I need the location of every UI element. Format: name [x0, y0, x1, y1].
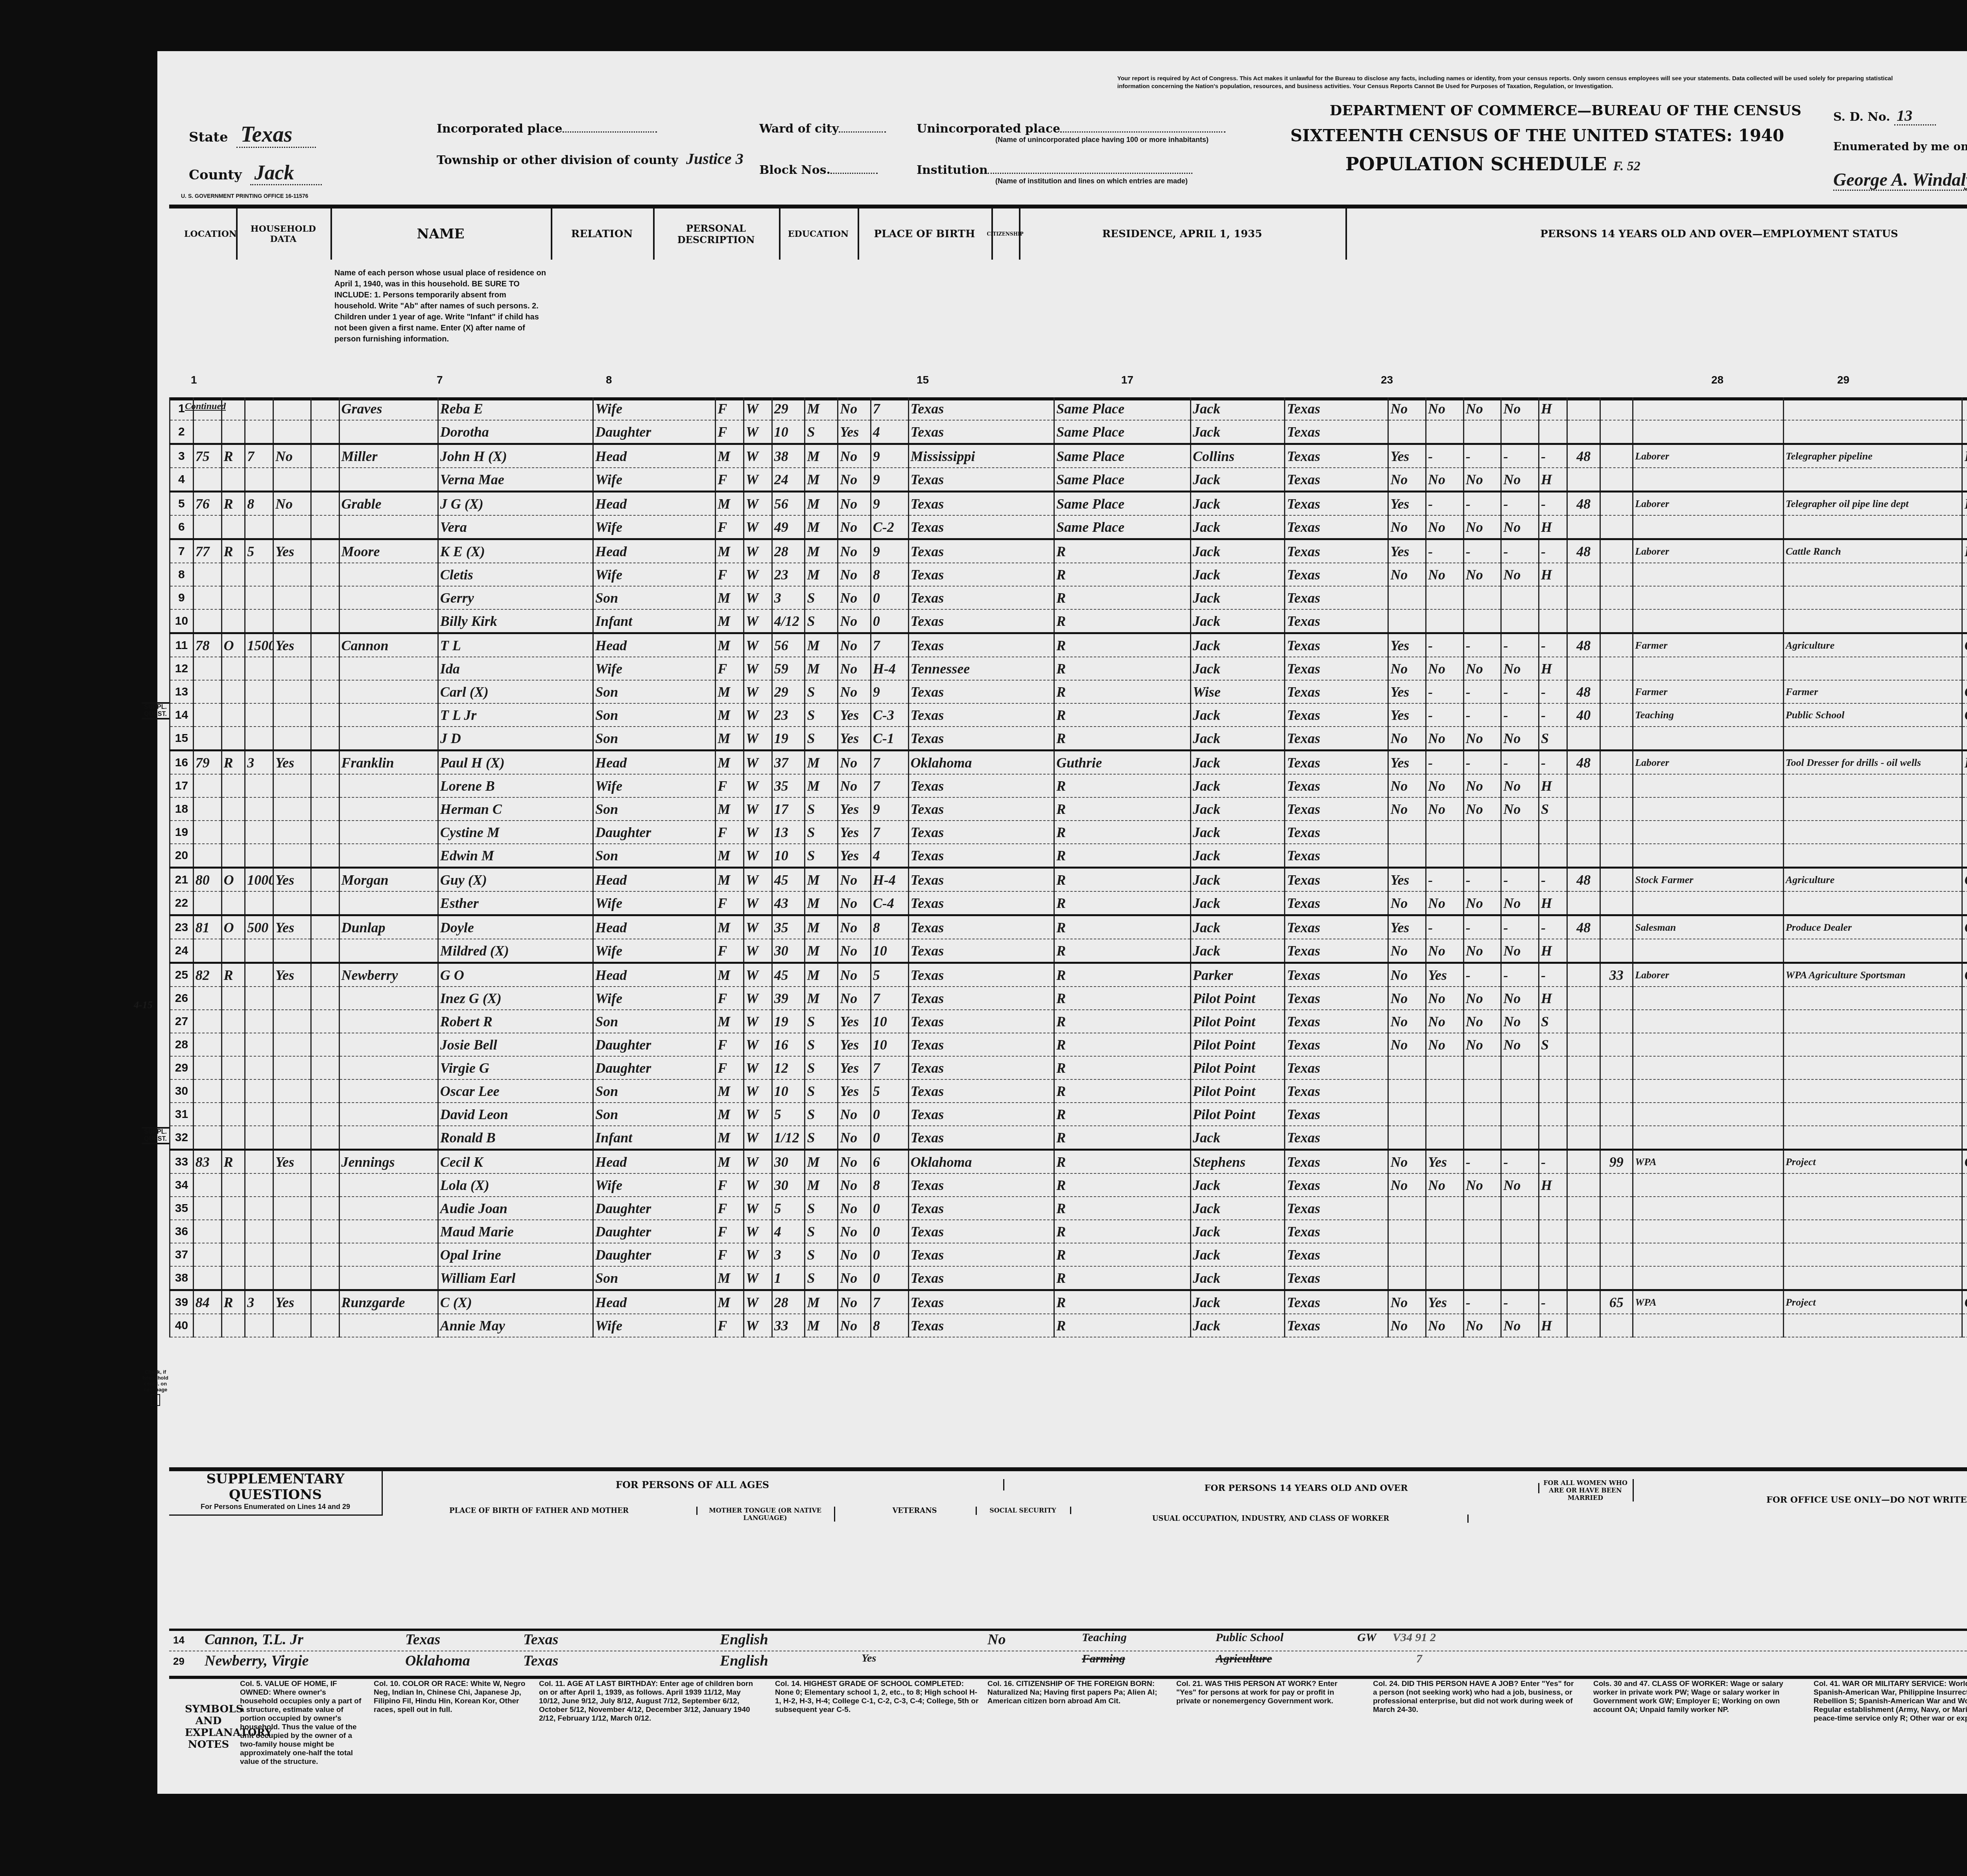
table-row: 19Cystine MDaughterFW13SYes7TexasRJackTe… — [170, 821, 1967, 844]
table-row: 576R8NoGrableJ G (X)HeadMW56MNo9TexasSam… — [170, 492, 1967, 516]
notes-title: SYMBOLS AND EXPLANATORY NOTES — [185, 1703, 232, 1751]
cell-value — [245, 1033, 273, 1056]
cell-class — [1962, 1010, 1967, 1033]
cell-occupation — [1633, 821, 1784, 844]
cell-occ-code: - — [1539, 680, 1567, 703]
checkbox[interactable] — [151, 1394, 160, 1406]
cell-visit — [193, 609, 221, 633]
cell-occupation — [1633, 1220, 1784, 1243]
cell-occupation — [1633, 1243, 1784, 1266]
cell-marital: M — [805, 939, 838, 963]
cell-res-state: Texas — [1285, 1197, 1388, 1220]
cell-school: No — [838, 963, 871, 987]
cell-age: 43 — [772, 891, 805, 915]
cell-emerg: - — [1426, 703, 1464, 727]
cell-race: W — [744, 586, 772, 609]
table-row: 20Edwin MSonMW10SYes4TexasRJackTexas20 — [170, 844, 1967, 868]
cell-sex: F — [716, 468, 744, 492]
cell-res-city: R — [1054, 987, 1191, 1010]
cell-class: OA — [1962, 633, 1967, 657]
cell-sex: M — [716, 703, 744, 727]
cell-value: 8 — [245, 492, 273, 516]
cell-birth: Texas — [908, 703, 1054, 727]
cell-seek: No — [1463, 1010, 1501, 1033]
cell-emerg — [1426, 609, 1464, 633]
cell-weeks — [1600, 680, 1633, 703]
cell-line: 36 — [170, 1220, 194, 1243]
cell-res-county: Pilot Point — [1191, 1079, 1285, 1103]
cell-birth: Texas — [908, 1056, 1054, 1079]
cell-farm — [273, 891, 311, 915]
cell-given: Cystine M — [438, 821, 593, 844]
cell-given: Lola (X) — [438, 1173, 593, 1197]
cell-given: Virgie G — [438, 1056, 593, 1079]
cell-farm — [273, 420, 311, 444]
table-row: 2180O1000YesMorganGuy (X)HeadMW45MNoH-4T… — [170, 868, 1967, 892]
cell-value — [245, 1314, 273, 1337]
cell-relation: Wife — [593, 774, 716, 797]
cell-birth: Texas — [908, 1173, 1054, 1197]
cell-seek — [1463, 586, 1501, 609]
cell-work: Yes — [1388, 915, 1426, 939]
cell-farm: Yes — [273, 751, 311, 775]
cell-emerg: No — [1426, 797, 1464, 821]
cell-value — [245, 420, 273, 444]
cell-hours: 48 — [1567, 539, 1600, 563]
cell-race: W — [744, 397, 772, 420]
cell-farm: Yes — [273, 868, 311, 892]
cell-seek: No — [1463, 657, 1501, 680]
cell-visit — [193, 1010, 221, 1033]
cell-grade: 8 — [871, 563, 908, 586]
cell-res-city: R — [1054, 1079, 1191, 1103]
explanatory-notes: SYMBOLS AND EXPLANATORY NOTES Col. 5. VA… — [169, 1680, 1967, 1782]
cell-age: 28 — [772, 1290, 805, 1314]
cell-marital: S — [805, 1033, 838, 1056]
cell-house — [311, 586, 339, 609]
cell-owned — [221, 1126, 245, 1150]
cell-seek: - — [1463, 539, 1501, 563]
cell-res-city: R — [1054, 563, 1191, 586]
cell-work: No — [1388, 1290, 1426, 1314]
cell-grade: C-2 — [871, 515, 908, 539]
cell-emerg: Yes — [1426, 1290, 1464, 1314]
cell-emerg: - — [1426, 492, 1464, 516]
cell-given: Robert R — [438, 1010, 593, 1033]
cell-industry — [1783, 397, 1962, 420]
cell-race: W — [744, 915, 772, 939]
cell-industry — [1783, 1033, 1962, 1056]
cell-work — [1388, 609, 1426, 633]
cell-birth: Texas — [908, 1197, 1054, 1220]
cell-race: W — [744, 844, 772, 868]
cell-sex: M — [716, 727, 744, 751]
cell-surname — [339, 1056, 438, 1079]
cell-birth: Texas — [908, 797, 1054, 821]
cell-seek: - — [1463, 703, 1501, 727]
cell-job: No — [1501, 891, 1539, 915]
sd-number-field: S. D. No. 13 — [1833, 106, 1936, 125]
cell-res-state: Texas — [1285, 492, 1388, 516]
cell-job — [1501, 1056, 1539, 1079]
cell-work: No — [1388, 774, 1426, 797]
cell-occupation — [1633, 397, 1784, 420]
note-col21: Col. 21. WAS THIS PERSON AT WORK? Enter … — [1176, 1680, 1357, 1706]
cell-given: Herman C — [438, 797, 593, 821]
cell-relation: Head — [593, 915, 716, 939]
cell-race: W — [744, 1173, 772, 1197]
cell-race: W — [744, 751, 772, 775]
note-col14: Col. 14. HIGHEST GRADE OF SCHOOL COMPLET… — [775, 1680, 980, 1714]
cell-work: No — [1388, 1010, 1426, 1033]
cell-relation: Daughter — [593, 1220, 716, 1243]
note-col5: Col. 5. VALUE OF HOME, IF OWNED: Where o… — [240, 1680, 366, 1766]
cell-grade: 7 — [871, 751, 908, 775]
cell-relation: Head — [593, 868, 716, 892]
cell-visit — [193, 563, 221, 586]
cell-line: 22 — [170, 891, 194, 915]
cell-work — [1388, 1079, 1426, 1103]
cell-occ-code: S — [1539, 727, 1567, 751]
cell-weeks — [1600, 609, 1633, 633]
cell-age: 59 — [772, 657, 805, 680]
table-row: 29Virgie GDaughterFW12SYes7TexasRPilot P… — [170, 1056, 1967, 1079]
cell-weeks — [1600, 987, 1633, 1010]
cell-job: - — [1501, 751, 1539, 775]
cell-res-city: R — [1054, 1103, 1191, 1126]
cell-res-state: Texas — [1285, 420, 1388, 444]
unincorporated-field: Unincorporated place (Name of unincorpor… — [917, 122, 1225, 144]
note-col16: Col. 16. CITIZENSHIP OF THE FOREIGN BORN… — [987, 1680, 1161, 1706]
cell-res-county: Jack — [1191, 515, 1285, 539]
cell-house — [311, 915, 339, 939]
cell-value — [245, 821, 273, 844]
cell-grade: 0 — [871, 609, 908, 633]
cell-birth: Texas — [908, 939, 1054, 963]
note-col10: Col. 10. COLOR OR RACE: White W, Negro N… — [374, 1680, 531, 1714]
cell-given: Dorotha — [438, 420, 593, 444]
cell-line: 11 — [170, 633, 194, 657]
cell-sex: F — [716, 397, 744, 420]
cell-seek: - — [1463, 915, 1501, 939]
cell-industry — [1783, 1220, 1962, 1243]
cell-res-city: R — [1054, 680, 1191, 703]
cell-emerg: No — [1426, 515, 1464, 539]
table-row: 14T L JrSonMW23SYesC-3TexasRJackTexasYes… — [170, 703, 1967, 727]
cell-seek: - — [1463, 680, 1501, 703]
cell-res-city: R — [1054, 963, 1191, 987]
cell-occupation — [1633, 420, 1784, 444]
cell-seek — [1463, 1243, 1501, 1266]
cell-work: No — [1388, 797, 1426, 821]
cell-race: W — [744, 1290, 772, 1314]
cell-res-city: R — [1054, 1266, 1191, 1290]
cell-value — [245, 774, 273, 797]
cell-work — [1388, 844, 1426, 868]
cell-race: W — [744, 797, 772, 821]
cell-occ-code: - — [1539, 1150, 1567, 1174]
cell-relation: Son — [593, 1079, 716, 1103]
cell-farm — [273, 1033, 311, 1056]
cell-res-state: Texas — [1285, 868, 1388, 892]
cell-house — [311, 1314, 339, 1337]
cell-res-city: R — [1054, 1150, 1191, 1174]
cell-farm — [273, 821, 311, 844]
cell-race: W — [744, 963, 772, 987]
cell-visit — [193, 657, 221, 680]
cell-marital: M — [805, 915, 838, 939]
cell-weeks: 65 — [1600, 1290, 1633, 1314]
cell-age: 19 — [772, 727, 805, 751]
cell-owned — [221, 939, 245, 963]
cell-job: No — [1501, 1314, 1539, 1337]
cell-line: 33 — [170, 1150, 194, 1174]
cell-line: 26 — [170, 987, 194, 1010]
cell-weeks — [1600, 420, 1633, 444]
cell-res-county: Jack — [1191, 868, 1285, 892]
incorporated-place-field: Incorporated place — [437, 122, 657, 136]
table-row: 28Josie BellDaughterFW16SYes10TexasRPilo… — [170, 1033, 1967, 1056]
cell-occupation — [1633, 844, 1784, 868]
cell-occ-code — [1539, 1079, 1567, 1103]
cell-house — [311, 1150, 339, 1174]
cell-hours — [1567, 1150, 1600, 1174]
cell-class — [1962, 727, 1967, 751]
cell-given: Billy Kirk — [438, 609, 593, 633]
section-location: LOCATION — [185, 208, 238, 260]
cell-class — [1962, 1220, 1967, 1243]
cell-work: No — [1388, 939, 1426, 963]
cell-school: No — [838, 586, 871, 609]
cell-work: Yes — [1388, 680, 1426, 703]
cell-house — [311, 1220, 339, 1243]
cell-class — [1962, 1126, 1967, 1150]
cell-sex: M — [716, 1266, 744, 1290]
cell-res-county: Jack — [1191, 633, 1285, 657]
cell-school: No — [838, 774, 871, 797]
check-household-continued[interactable]: Check, if household contd. on next page — [142, 1369, 169, 1407]
cell-surname — [339, 1197, 438, 1220]
cell-weeks — [1600, 1314, 1633, 1337]
cell-given: Guy (X) — [438, 868, 593, 892]
cell-job — [1501, 420, 1539, 444]
cell-surname: Cannon — [339, 633, 438, 657]
cell-line: 12 — [170, 657, 194, 680]
supp-tongue-label: MOTHER TONGUE (OR NATIVE LANGUAGE) — [696, 1507, 835, 1522]
section-birth: PLACE OF BIRTH — [858, 208, 993, 260]
cell-job — [1501, 1266, 1539, 1290]
cell-grade: 9 — [871, 797, 908, 821]
cell-house — [311, 468, 339, 492]
cell-occ-code — [1539, 1126, 1567, 1150]
cell-grade: C-1 — [871, 727, 908, 751]
cell-surname: Grable — [339, 492, 438, 516]
cell-farm — [273, 1243, 311, 1266]
cell-sex: F — [716, 891, 744, 915]
enumeration-date-field: Enumerated by me on 15 April 1940. — [1833, 136, 1967, 154]
cell-emerg: - — [1426, 868, 1464, 892]
cell-line: 32 — [170, 1126, 194, 1150]
cell-surname — [339, 1103, 438, 1126]
supp-title-box: SUPPLEMENTARY QUESTIONS For Persons Enum… — [169, 1471, 383, 1516]
cell-seek — [1463, 1197, 1501, 1220]
supplementary-questions: SUPPLEMENTARY QUESTIONS For Persons Enum… — [169, 1467, 1967, 1679]
cell-school: Yes — [838, 797, 871, 821]
cell-res-city: Guthrie — [1054, 751, 1191, 775]
cell-birth: Oklahoma — [908, 1150, 1054, 1174]
cell-visit: 79 — [193, 751, 221, 775]
cell-school: No — [838, 1243, 871, 1266]
cell-owned — [221, 1314, 245, 1337]
cell-res-state: Texas — [1285, 468, 1388, 492]
cell-work: No — [1388, 727, 1426, 751]
cell-hours — [1567, 1290, 1600, 1314]
cell-age: 33 — [772, 1314, 805, 1337]
cell-res-state: Texas — [1285, 703, 1388, 727]
cell-class — [1962, 1173, 1967, 1197]
cell-age: 29 — [772, 397, 805, 420]
cell-hours: 48 — [1567, 751, 1600, 775]
cell-seek: - — [1463, 492, 1501, 516]
cell-occ-code — [1539, 420, 1567, 444]
cell-owned: R — [221, 1150, 245, 1174]
schedule-title: POPULATION SCHEDULE F. 52 — [1345, 153, 1640, 175]
cell-marital: S — [805, 703, 838, 727]
cell-emerg — [1426, 1103, 1464, 1126]
cell-occupation — [1633, 1197, 1784, 1220]
cell-weeks — [1600, 915, 1633, 939]
cell-age: 35 — [772, 915, 805, 939]
institution-field: Institution (Name of institution and lin… — [917, 163, 1192, 185]
cell-marital: M — [805, 774, 838, 797]
cell-res-state: Texas — [1285, 1150, 1388, 1174]
cell-age: 30 — [772, 939, 805, 963]
cell-owned — [221, 844, 245, 868]
cell-owned — [221, 1056, 245, 1079]
cell-res-county: Stephens — [1191, 1150, 1285, 1174]
cell-line: 30 — [170, 1079, 194, 1103]
cell-res-county: Jack — [1191, 1173, 1285, 1197]
cell-occupation — [1633, 586, 1784, 609]
cell-class — [1962, 1079, 1967, 1103]
cell-farm — [273, 515, 311, 539]
note-col30: Cols. 30 and 47. CLASS OF WORKER: Wage o… — [1593, 1680, 1798, 1714]
cell-race: W — [744, 1197, 772, 1220]
cell-res-county: Jack — [1191, 609, 1285, 633]
cell-house — [311, 1126, 339, 1150]
cell-line: 8 — [170, 563, 194, 586]
cell-class — [1962, 987, 1967, 1010]
section-education: EDUCATION — [779, 208, 859, 260]
cell-occ-code: S — [1539, 1010, 1567, 1033]
cell-occupation — [1633, 727, 1784, 751]
suppl-quest-label-29-left: SUPPL. QUEST. — [142, 1127, 169, 1144]
cell-work: Yes — [1388, 492, 1426, 516]
cell-sex: M — [716, 1126, 744, 1150]
cell-house — [311, 987, 339, 1010]
cell-sex: F — [716, 657, 744, 680]
cell-industry — [1783, 821, 1962, 844]
cell-occ-code: - — [1539, 963, 1567, 987]
cell-visit — [193, 1243, 221, 1266]
cell-age: 30 — [772, 1150, 805, 1174]
cell-visit: 82 — [193, 963, 221, 987]
cell-farm: Yes — [273, 539, 311, 563]
cell-res-state: Texas — [1285, 515, 1388, 539]
cell-line: 18 — [170, 797, 194, 821]
cell-seek: - — [1463, 444, 1501, 468]
cell-visit — [193, 844, 221, 868]
cell-sex: F — [716, 1056, 744, 1079]
cell-class: PW — [1962, 539, 1967, 563]
cell-surname — [339, 1079, 438, 1103]
cell-sex: M — [716, 1290, 744, 1314]
cell-grade: 7 — [871, 397, 908, 420]
cell-house — [311, 539, 339, 563]
cell-visit — [193, 821, 221, 844]
cell-res-state: Texas — [1285, 751, 1388, 775]
cell-line: 34 — [170, 1173, 194, 1197]
cell-school: Yes — [838, 1079, 871, 1103]
cell-weeks — [1600, 751, 1633, 775]
cell-surname: Graves — [339, 397, 438, 420]
cell-res-city: R — [1054, 1010, 1191, 1033]
cell-grade: 9 — [871, 444, 908, 468]
cell-owned — [221, 1079, 245, 1103]
cell-occupation: Laborer — [1633, 444, 1784, 468]
cell-res-state: Texas — [1285, 891, 1388, 915]
cell-house — [311, 420, 339, 444]
block-field: Block Nos. — [759, 163, 878, 177]
cell-seek: - — [1463, 963, 1501, 987]
cell-res-city: R — [1054, 915, 1191, 939]
cell-relation: Son — [593, 844, 716, 868]
cell-hours: 48 — [1567, 633, 1600, 657]
cell-relation: Daughter — [593, 1033, 716, 1056]
cell-value — [245, 844, 273, 868]
cell-res-state: Texas — [1285, 1033, 1388, 1056]
cell-value — [245, 963, 273, 987]
cell-seek: No — [1463, 939, 1501, 963]
cell-house — [311, 1243, 339, 1266]
cell-race: W — [744, 1010, 772, 1033]
cell-res-county: Jack — [1191, 1266, 1285, 1290]
cell-school: No — [838, 915, 871, 939]
cell-owned: O — [221, 915, 245, 939]
cell-occupation — [1633, 1126, 1784, 1150]
cell-hours — [1567, 1056, 1600, 1079]
cell-job: No — [1501, 774, 1539, 797]
cell-job — [1501, 1103, 1539, 1126]
cell-age: 45 — [772, 868, 805, 892]
cell-grade: 7 — [871, 774, 908, 797]
cell-weeks — [1600, 539, 1633, 563]
cell-industry: Telegrapher pipeline — [1783, 444, 1962, 468]
cell-job: No — [1501, 987, 1539, 1010]
table-row: 2381O500YesDunlapDoyleHeadMW35MNo8TexasR… — [170, 915, 1967, 939]
cell-res-city: R — [1054, 939, 1191, 963]
cell-res-county: Jack — [1191, 751, 1285, 775]
cell-race: W — [744, 657, 772, 680]
cell-age: 12 — [772, 1056, 805, 1079]
cell-race: W — [744, 1056, 772, 1079]
cell-grade: H-4 — [871, 868, 908, 892]
cell-emerg: No — [1426, 563, 1464, 586]
cell-relation: Head — [593, 492, 716, 516]
cell-hours — [1567, 797, 1600, 821]
cell-relation: Wife — [593, 657, 716, 680]
cell-emerg: - — [1426, 751, 1464, 775]
